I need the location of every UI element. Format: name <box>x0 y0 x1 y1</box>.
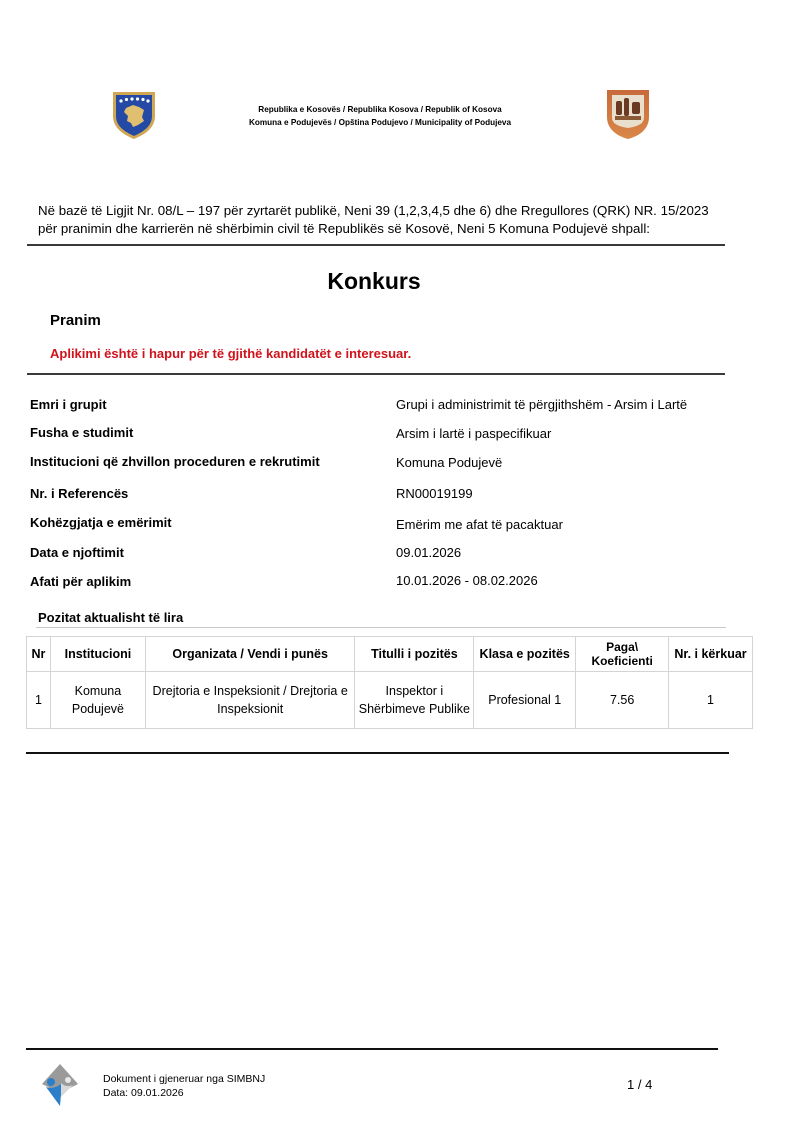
page-title: Konkurs <box>0 268 748 295</box>
eligibility-notice: Aplikimi është i hapur për të gjithë kan… <box>50 346 411 361</box>
page-number: 1 / 4 <box>627 1077 652 1092</box>
cell-salary-coefficient: 7.56 <box>576 672 669 729</box>
table-header-row: Nr Institucioni Organizata / Vendi i pun… <box>27 637 753 672</box>
cell-nr: 1 <box>27 672 51 729</box>
cell-required-count: 1 <box>669 672 753 729</box>
column-header-salary-coefficient: Paga\ Koeficienti <box>576 637 669 672</box>
info-value-field-of-study: Arsim i lartë i paspecifikuar <box>396 426 551 441</box>
info-value-reference: RN00019199 <box>396 486 473 501</box>
column-header-position-class: Klasa e pozitës <box>474 637 576 672</box>
positions-section-title: Pozitat aktualisht të lira <box>38 610 183 625</box>
column-header-position-title: Titulli i pozitës <box>355 637 474 672</box>
divider <box>27 244 725 246</box>
info-label-group: Emri i grupit <box>30 397 107 412</box>
document-header: Republika e Kosovës / Republika Kosova /… <box>200 103 560 129</box>
info-label-duration: Kohëzgjatja e emërimit <box>30 515 172 530</box>
column-header-required-count: Nr. i kërkuar <box>669 637 753 672</box>
podujeva-coat-of-arms-icon <box>606 89 650 140</box>
info-value-notice-date: 09.01.2026 <box>396 545 461 560</box>
info-value-group: Grupi i administrimit të përgjithshëm - … <box>396 397 687 412</box>
legal-basis-paragraph: Në bazë të Ligjit Nr. 08/L – 197 për zyr… <box>38 202 738 238</box>
cell-position-title: Inspektor i Shërbimeve Publike <box>355 672 474 729</box>
divider <box>26 752 729 754</box>
header-line-1: Republika e Kosovës / Republika Kosova /… <box>200 103 560 116</box>
cell-institution: Komuna Podujevë <box>50 672 145 729</box>
info-value-institution: Komuna Podujevë <box>396 455 502 470</box>
generated-by-text: Dokument i gjeneruar nga SIMBNJ <box>103 1072 265 1086</box>
info-value-deadline: 10.01.2026 - 08.02.2026 <box>396 573 538 588</box>
column-header-institution: Institucioni <box>50 637 145 672</box>
column-header-nr: Nr <box>27 637 51 672</box>
announcement-type: Pranim <box>50 312 101 329</box>
column-header-organization: Organizata / Vendi i punës <box>145 637 355 672</box>
header-line-2: Komuna e Podujevës / Opština Podujevo / … <box>200 116 560 129</box>
cell-organization: Drejtoria e Inspeksionit / Drejtoria e I… <box>145 672 355 729</box>
divider <box>27 373 725 375</box>
table-row: 1 Komuna Podujevë Drejtoria e Inspeksion… <box>27 672 753 729</box>
generated-date-text: Data: 09.01.2026 <box>103 1086 265 1100</box>
footer-divider <box>26 1048 718 1050</box>
legal-basis-line-2: për pranimin dhe karrierën në shërbimin … <box>38 220 738 238</box>
kosovo-coat-of-arms-icon <box>111 90 157 140</box>
info-value-duration: Emërim me afat të pacaktuar <box>396 517 563 532</box>
cell-position-class: Profesional 1 <box>474 672 576 729</box>
simbnj-logo-icon <box>40 1063 80 1107</box>
footer-info: Dokument i gjeneruar nga SIMBNJ Data: 09… <box>103 1072 265 1100</box>
section-divider <box>36 627 726 628</box>
info-label-deadline: Afati për aplikim <box>30 574 131 589</box>
info-label-institution: Institucioni që zhvillon proceduren e re… <box>30 454 320 469</box>
info-label-field-of-study: Fusha e studimit <box>30 425 133 440</box>
info-label-notice-date: Data e njoftimit <box>30 545 124 560</box>
legal-basis-line-1: Në bazë të Ligjit Nr. 08/L – 197 për zyr… <box>38 202 738 220</box>
positions-table: Nr Institucioni Organizata / Vendi i pun… <box>26 636 753 729</box>
info-label-reference: Nr. i Referencës <box>30 486 128 501</box>
